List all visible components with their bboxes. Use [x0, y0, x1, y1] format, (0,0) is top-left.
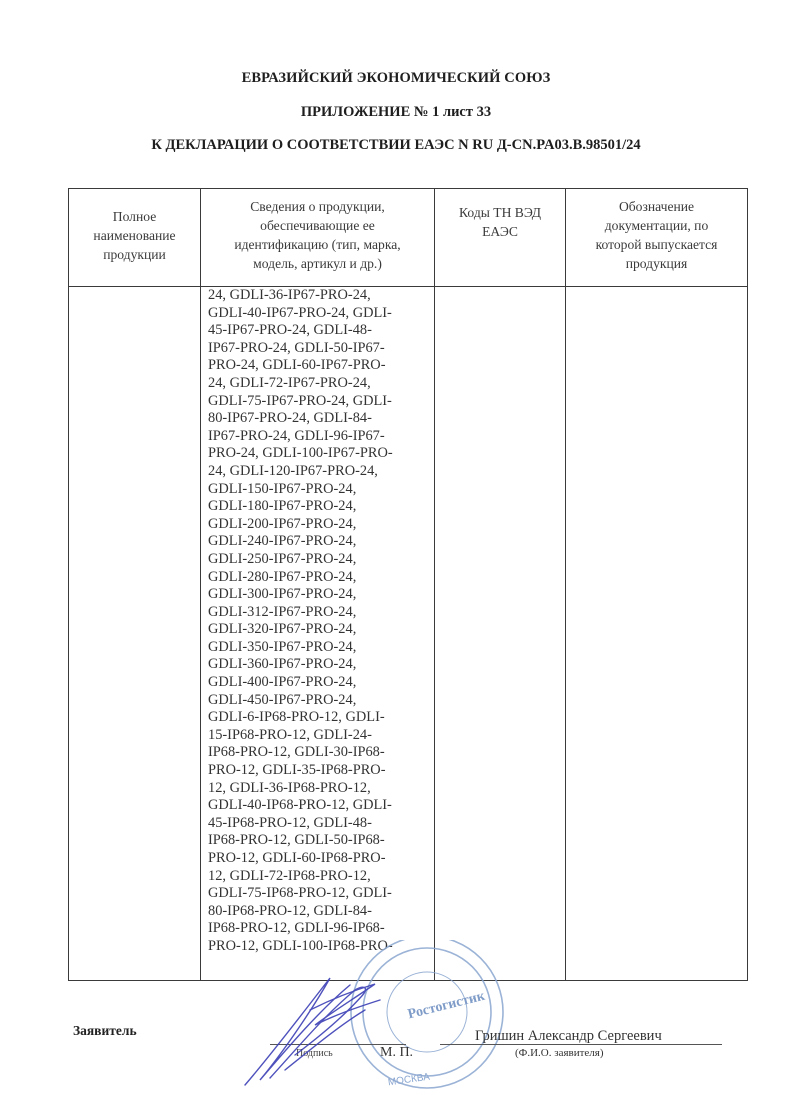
text-line: GDLI-200-IP67-PRO-24, — [208, 516, 434, 534]
text-line: IP67-PRO-24, GDLI-50-IP67- — [208, 340, 434, 358]
text-line: 24, GDLI-72-IP67-PRO-24, — [208, 375, 434, 393]
text-line: GDLI-240-IP67-PRO-24, — [208, 533, 434, 551]
text-line: 80-IP68-PRO-12, GDLI-84- — [208, 903, 434, 921]
text-line: PRO-24, GDLI-60-IP67-PRO- — [208, 357, 434, 375]
text-line: GDLI-6-IP68-PRO-12, GDLI- — [208, 709, 434, 727]
text-line: 24, GDLI-120-IP67-PRO-24, — [208, 463, 434, 481]
text-line: документации, по — [572, 216, 741, 235]
text-line: PRO-12, GDLI-35-IP68-PRO- — [208, 762, 434, 780]
cell-identification: 24, GDLI-36-IP67-PRO-24,GDLI-40-IP67-PRO… — [201, 287, 435, 981]
text-line: GDLI-450-IP67-PRO-24, — [208, 692, 434, 710]
text-line: ЕАЭС — [439, 222, 561, 241]
text-line: GDLI-320-IP67-PRO-24, — [208, 621, 434, 639]
table-row: 24, GDLI-36-IP67-PRO-24,GDLI-40-IP67-PRO… — [69, 287, 748, 981]
text-line: IP67-PRO-24, GDLI-96-IP67- — [208, 428, 434, 446]
text-line: GDLI-180-IP67-PRO-24, — [208, 498, 434, 516]
text-line: GDLI-400-IP67-PRO-24, — [208, 674, 434, 692]
text-line: 45-IP67-PRO-24, GDLI-48- — [208, 322, 434, 340]
text-line: 24, GDLI-36-IP67-PRO-24, — [208, 287, 434, 305]
text-line: PRO-12, GDLI-60-IP68-PRO- — [208, 850, 434, 868]
text-line: Обозначение — [572, 197, 741, 216]
text-line: GDLI-75-IP67-PRO-24, GDLI- — [208, 393, 434, 411]
text-line: IP68-PRO-12, GDLI-50-IP68- — [208, 832, 434, 850]
text-line: 80-IP67-PRO-24, GDLI-84- — [208, 410, 434, 428]
text-line: IP68-PRO-12, GDLI-30-IP68- — [208, 744, 434, 762]
applicant-label: Заявитель — [73, 1023, 137, 1039]
text-line: 12, GDLI-72-IP68-PRO-12, — [208, 868, 434, 886]
text-line: 15-IP68-PRO-12, GDLI-24- — [208, 727, 434, 745]
text-line: PRO-24, GDLI-100-IP67-PRO- — [208, 445, 434, 463]
text-line: наименование — [75, 226, 194, 245]
column-header-product-name: Полноенаименованиепродукции — [69, 189, 201, 287]
text-line: GDLI-300-IP67-PRO-24, — [208, 586, 434, 604]
column-header-documentation: Обозначениедокументации, покоторой выпус… — [566, 189, 748, 287]
text-line: GDLI-312-IP67-PRO-24, — [208, 604, 434, 622]
text-line: GDLI-40-IP67-PRO-24, GDLI- — [208, 305, 434, 323]
text-line: IP68-PRO-12, GDLI-96-IP68- — [208, 920, 434, 938]
stamp-text: Ростогистик — [406, 989, 487, 1023]
text-line: которой выпускается — [572, 235, 741, 254]
text-line: 45-IP68-PRO-12, GDLI-48- — [208, 815, 434, 833]
union-title: ЕВРАЗИЙСКИЙ ЭКОНОМИЧЕСКИЙ СОЮЗ — [0, 70, 792, 87]
text-line: продукция — [572, 254, 741, 273]
text-line: Полное — [75, 207, 194, 226]
cell-documentation — [566, 287, 748, 981]
text-line: GDLI-75-IP68-PRO-12, GDLI- — [208, 885, 434, 903]
products-table: Полноенаименованиепродукции Сведения о п… — [68, 188, 748, 981]
appendix-title: ПРИЛОЖЕНИЕ № 1 лист 33 — [0, 104, 792, 121]
handwritten-signature — [215, 970, 415, 1090]
text-line: обеспечивающие ее — [205, 216, 430, 235]
text-line: Сведения о продукции, — [205, 197, 430, 216]
table-header-row: Полноенаименованиепродукции Сведения о п… — [69, 189, 748, 287]
declaration-title: К ДЕКЛАРАЦИИ О СООТВЕТСТВИИ ЕАЭС N RU Д-… — [0, 137, 792, 154]
column-header-tn-ved-codes: Коды ТН ВЭДЕАЭС — [435, 189, 566, 287]
cell-tn-ved-codes — [435, 287, 566, 981]
text-line: Коды ТН ВЭД — [439, 203, 561, 222]
text-line: идентификацию (тип, марка, — [205, 235, 430, 254]
text-line: 12, GDLI-36-IP68-PRO-12, — [208, 780, 434, 798]
name-caption: (Ф.И.О. заявителя) — [515, 1047, 604, 1059]
text-line: GDLI-360-IP67-PRO-24, — [208, 656, 434, 674]
text-line: GDLI-250-IP67-PRO-24, — [208, 551, 434, 569]
text-line: GDLI-40-IP68-PRO-12, GDLI- — [208, 797, 434, 815]
text-line: GDLI-350-IP67-PRO-24, — [208, 639, 434, 657]
text-line: модель, артикул и др.) — [205, 254, 430, 273]
text-line: продукции — [75, 245, 194, 264]
column-header-identification: Сведения о продукции,обеспечивающие ееид… — [201, 189, 435, 287]
cell-product-name — [69, 287, 201, 981]
text-line: GDLI-280-IP67-PRO-24, — [208, 569, 434, 587]
applicant-name: Гришин Александр Сергеевич — [475, 1028, 662, 1045]
text-line: GDLI-150-IP67-PRO-24, — [208, 481, 434, 499]
